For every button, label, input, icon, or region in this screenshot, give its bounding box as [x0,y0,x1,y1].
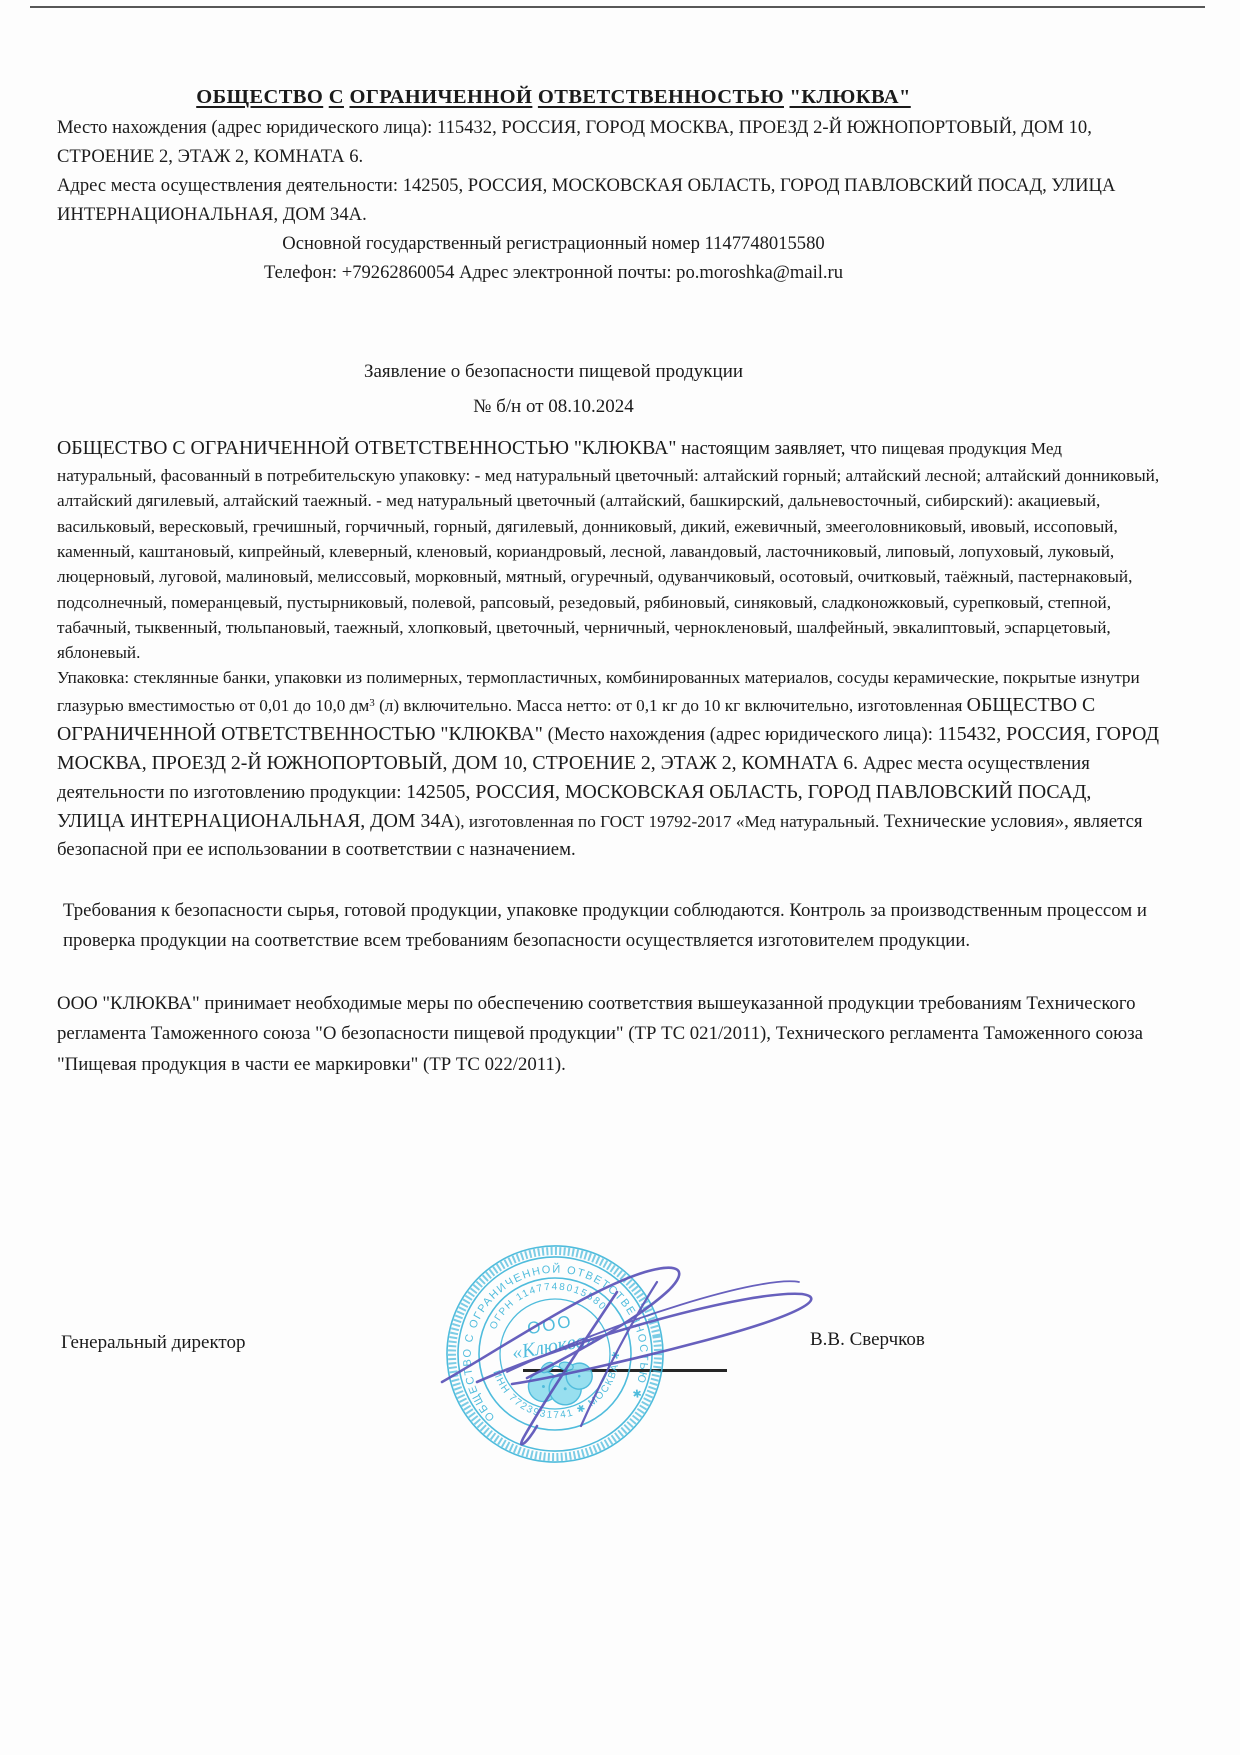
safety-requirements-paragraph: Требования к безопасности сырья, готовой… [57,896,1169,957]
signature-block: Генеральный директор В.В. Сверчков [57,1220,1217,1600]
handwritten-signature [57,1220,1217,1600]
letterhead: ОБЩЕСТВО С ОГРАНИЧЕННОЙ ОТВЕТСТВЕННОСТЬЮ… [57,86,1200,287]
document-page: ОБЩЕСТВО С ОГРАНИЧЕННОЙ ОТВЕТСТВЕННОСТЬЮ… [0,0,1240,1755]
statement-number-date: № б/н от 08.10.2024 [57,396,1050,418]
company-title: ОБЩЕСТВО С ОГРАНИЧЕННОЙ ОТВЕТСТВЕННОСТЬЮ… [57,86,1050,109]
scan-top-edge-line [30,6,1205,8]
document-content: ОБЩЕСТВО С ОГРАНИЧЕННОЙ ОТВЕТСТВЕННОСТЬЮ… [0,0,1240,1600]
statement-heading: Заявление о безопасности пищевой продукц… [57,361,1050,383]
activity-address-line: Адрес места осуществления деятельности: … [57,171,1162,229]
declaration-paragraph-packaging: Упаковка: стеклянные банки, упаковки из … [57,665,1163,863]
contact-line: Телефон: +79262860054 Адрес электронной … [57,258,1050,287]
legal-address-line: Место нахождения (адрес юридического лиц… [57,113,1162,171]
regulations-paragraph: ООО "КЛЮКВА" принимает необходимые меры … [57,989,1163,1081]
ogrn-line: Основной государственный регистрационный… [57,229,1050,258]
declaration-paragraph-products: ОБЩЕСТВО С ОГРАНИЧЕННОЙ ОТВЕТСТВЕННОСТЬЮ… [57,434,1163,665]
